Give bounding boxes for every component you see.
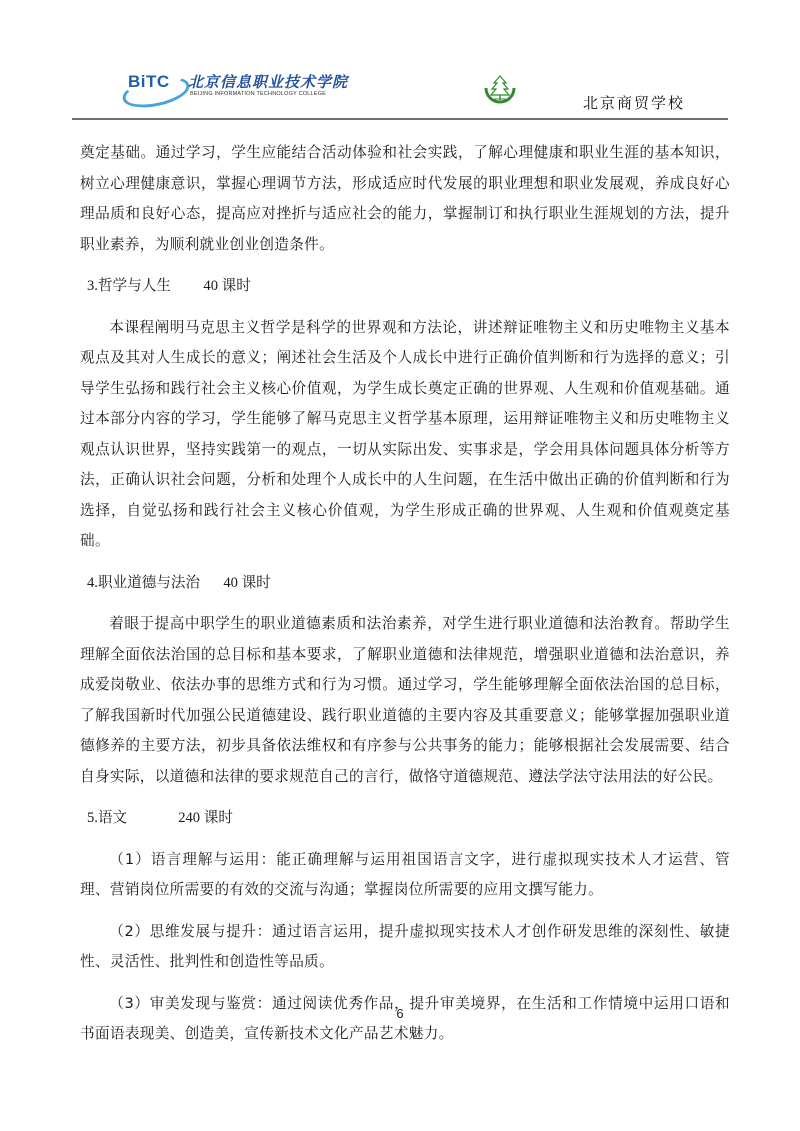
- page-header: BiTC 北京信息职业技术学院 BEIJING INFORMATION TECH…: [0, 0, 800, 122]
- tree-emblem-icon: [483, 74, 517, 106]
- bitc-name-en: BEIJING INFORMATION TECHNOLOGY COLLEGE: [190, 91, 326, 97]
- section-title: 职业道德与法治: [98, 574, 200, 591]
- page-number: 6: [0, 1006, 800, 1021]
- bitc-logo: BiTC 北京信息职业技术学院 BEIJING INFORMATION TECH…: [120, 68, 320, 104]
- section-paragraph: 本课程阐明马克思主义哲学是科学的世界观和方法论，讲述辩证唯物主义和历史唯物主义基…: [80, 313, 730, 557]
- section-number: 3.: [87, 278, 98, 294]
- section-hours: 40 课时: [203, 278, 250, 294]
- document-body: 奠定基础。通过学习，学生应能结合活动体验和社会实践，了解心理健康和职业生涯的基本…: [80, 138, 730, 1061]
- school-name: 北京商贸学校: [583, 92, 685, 113]
- section-paragraph: 着眼于提高中职学生的职业道德素质和法治素养，对学生进行职业道德和法治教育。帮助学…: [80, 609, 730, 792]
- section-paragraph: （1）语言理解与运用：能正确理解与运用祖国语言文字，进行虚拟现实技术人才运营、管…: [80, 845, 730, 906]
- section-heading-ethics-law: 4.职业道德与法治 40 课时: [80, 568, 730, 599]
- header-divider: [72, 118, 728, 120]
- section-heading-philosophy: 3.哲学与人生 40 课时: [80, 271, 730, 302]
- intro-paragraph: 奠定基础。通过学习，学生应能结合活动体验和社会实践，了解心理健康和职业生涯的基本…: [80, 138, 730, 260]
- section-title: 哲学与人生: [98, 277, 171, 294]
- section-number: 5.: [87, 810, 98, 826]
- section-number: 4.: [87, 575, 98, 591]
- section-title: 语文: [98, 809, 127, 826]
- section-hours: 240 课时: [178, 810, 233, 826]
- section-heading-chinese: 5.语文 240 课时: [80, 803, 730, 834]
- section-hours: 40 课时: [223, 575, 270, 591]
- bitc-acronym: BiTC: [128, 72, 170, 92]
- bitc-name-cn: 北京信息职业技术学院: [188, 71, 348, 92]
- section-paragraph: （2）思维发展与提升：通过语言运用，提升虚拟现实技术人才创作研发思维的深刻性、敏…: [80, 917, 730, 978]
